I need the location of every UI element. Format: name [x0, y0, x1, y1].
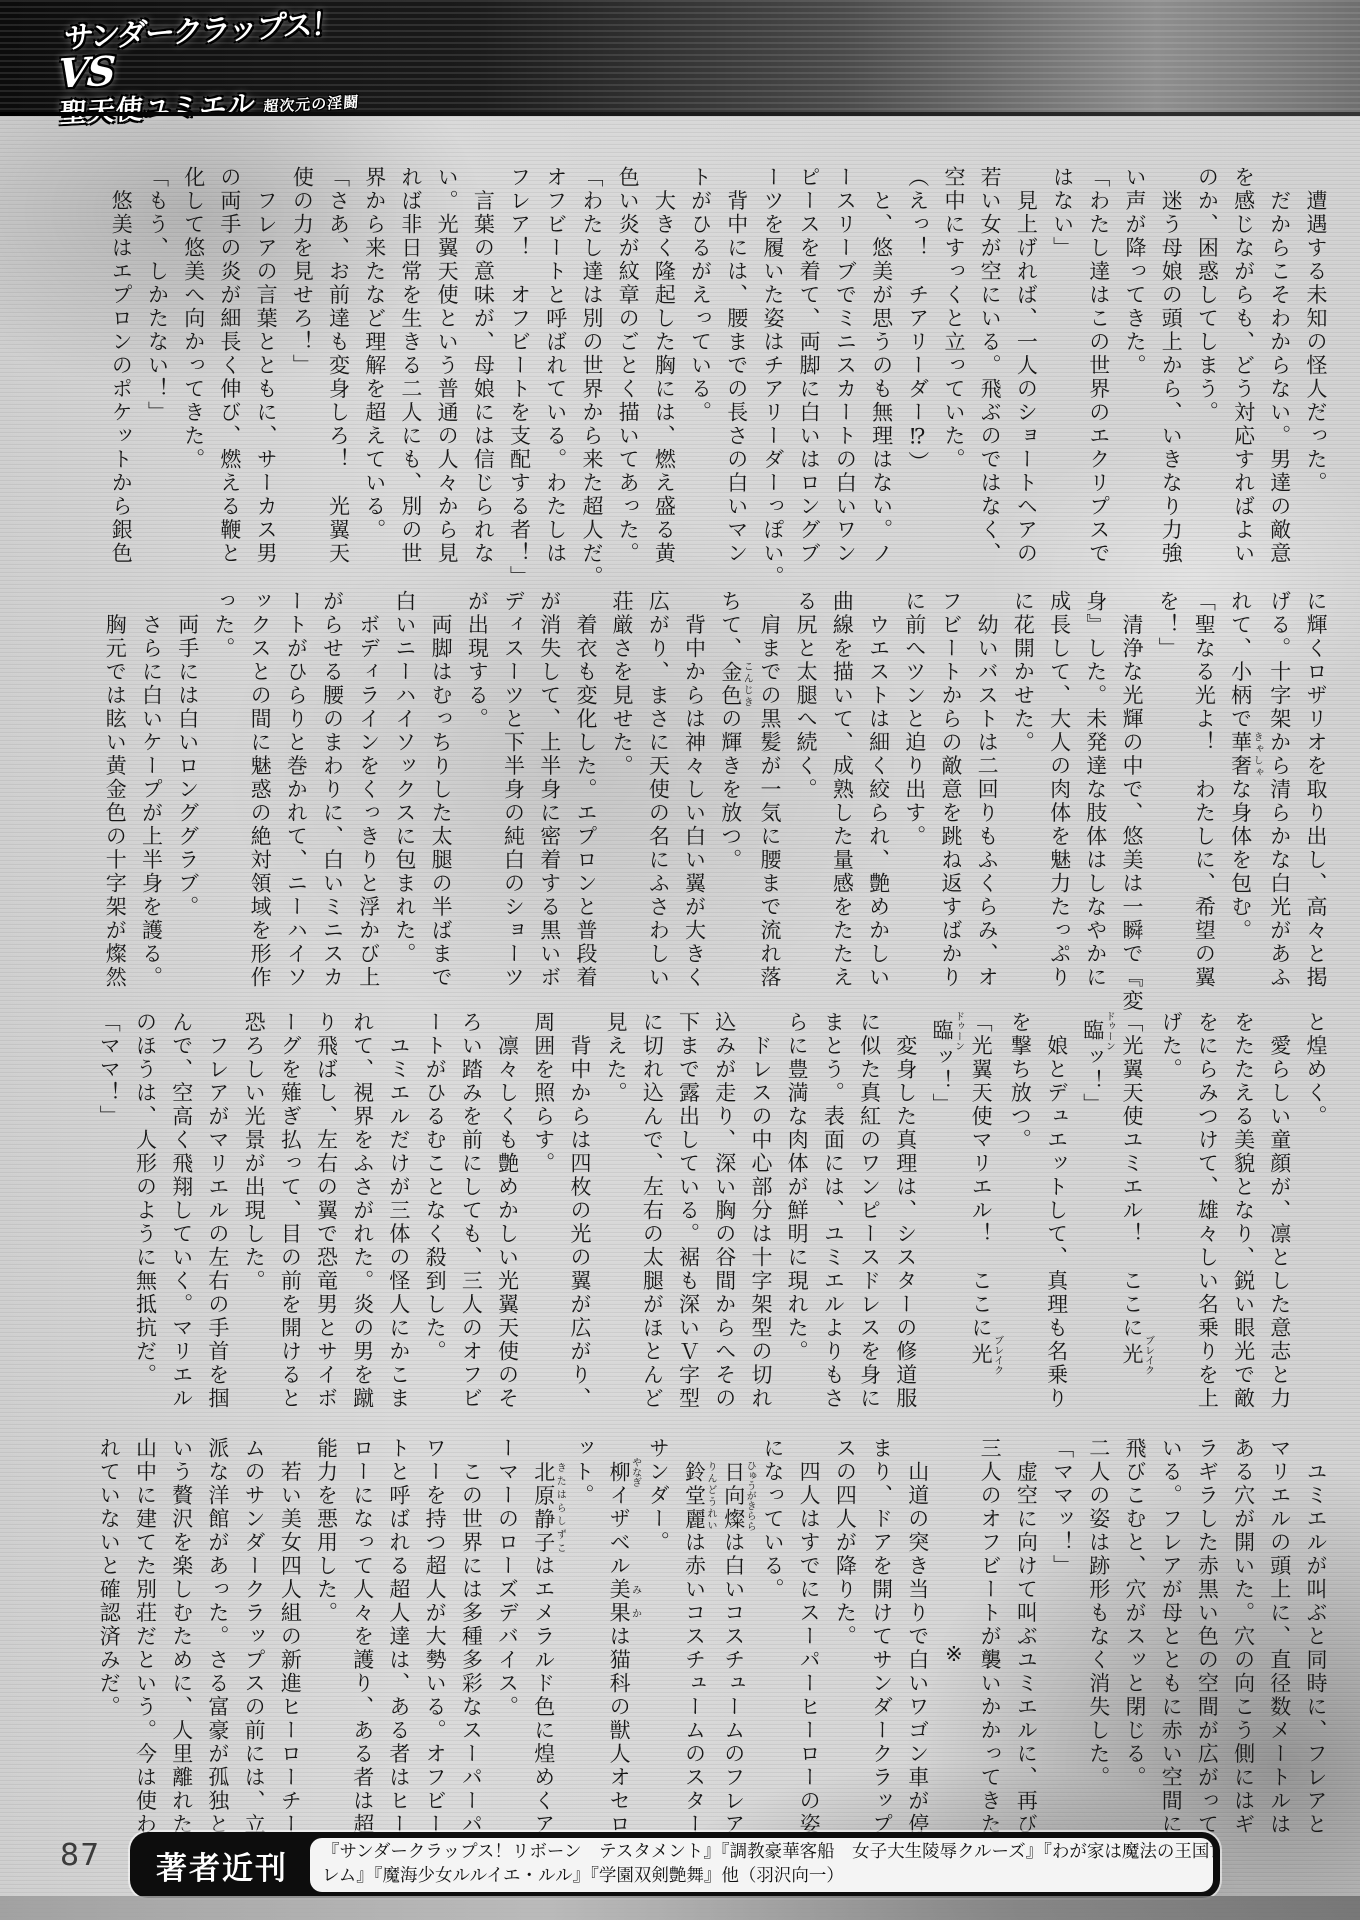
text-column: 化して悠美へ向かってきた。 [176, 166, 212, 602]
text-column: 悠美はエプロンのポケットから銀色 [103, 166, 139, 602]
text-band-2: に輝くロザリオを取り出し、高々と掲げる。十字架から清らかな白光があふれて、小柄で… [28, 590, 1334, 1026]
text-column: 若い美女四人組の新進ヒーローチー [272, 1437, 308, 1873]
text-column: 「光翼天使マリエル！ ここに光ブレイク [963, 1011, 1002, 1447]
text-column: 着衣も変化した。エプロンと普段着 [568, 590, 604, 1026]
text-column: 背中には、腰までの長さの白いマン [719, 166, 755, 602]
text-column: んで、空高く飛翔していく。マリエル [164, 1011, 200, 1447]
text-column: らに豊満な肉体が鮮明に現れた。 [779, 1011, 815, 1447]
series-title-line1: サンダークラップス！VS [61, 7, 384, 94]
text-column: のほうは、人形のように無抵抗だ。 [127, 1011, 163, 1447]
text-column: ウエストは細く絞られ、艶めかしい [860, 590, 896, 1026]
text-column: 白いニーハイソックスに包まれた。 [387, 590, 423, 1026]
text-column: 幼いバストは二回りもふくらみ、オ [969, 590, 1005, 1026]
text-column: 使の力を見せろ！」 [284, 166, 320, 602]
text-column: れて、視界をふさがれた。炎の男を蹴 [345, 1011, 381, 1447]
series-logo: サンダークラップス！VS 聖天使ユミエル超次元の淫闘 [60, 7, 384, 112]
text-column: ースリーブでミニスカートの白いワン [827, 166, 863, 602]
text-column: さらに白いケープが上半身を護る。 [133, 590, 169, 1026]
text-column: 見上げれば、一人のショートヘアの [1008, 166, 1044, 602]
text-column: 日向燦ひゅうがきららは白いコスチュームのフレア。 [716, 1437, 755, 1873]
text-column: まとう。表面には、ユミエルよりもさ [815, 1011, 851, 1447]
text-column: 若い女が空にいる。飛ぶのではなく、 [972, 166, 1008, 602]
text-column: 広がり、まさに天使の名にふさわしい [640, 590, 676, 1026]
text-column: ーグを薙ぎ払って、目の前を開けると [272, 1011, 308, 1447]
text-column: ドレスの中心部分は十字架型の切れ [743, 1011, 779, 1447]
text-column: げた。 [1153, 1011, 1189, 1447]
text-column: フレアの言葉とともに、サーカス男 [248, 166, 284, 602]
text-column: 「光翼天使ユミエル！ ここに光ブレイク [1114, 1011, 1153, 1447]
text-column: ディスーツと下半身の純白のショーツ [495, 590, 531, 1026]
text-column: ムのサンダークラップスの前には、立 [236, 1437, 272, 1873]
text-column: に前へツンと迫り出す。 [897, 590, 933, 1026]
text-column: の両手の炎が細長く伸び、燃える鞭と [212, 166, 248, 602]
books-line-1: 『サンダークラップス！リボーン テスタメント』『調教豪華客船 女子大生陵辱クルー… [322, 1841, 1213, 1865]
text-column: だからこそわからない。男達の敵意 [1262, 166, 1298, 602]
text-column: ーマーのローズデバイス。 [489, 1437, 525, 1873]
text-column: マリエルの頭上に、直径数メートルは [1262, 1437, 1298, 1873]
author-books-label: 著者近刊 [130, 1843, 310, 1888]
text-column: ピースを着て、両脚に白いはロングブ [791, 166, 827, 602]
text-column: を！」 [1150, 590, 1186, 1026]
text-column: 臨ドゥーンッ！」 [1075, 1011, 1114, 1447]
text-band-3: と煌めく。 愛らしい童顔が、凛とした意志と力をたたえる美貌となり、鋭い眼光で敵を… [28, 1011, 1334, 1447]
text-column: 界から来たなど理解を超えている。 [357, 166, 393, 602]
text-column: フレア！ オフビートを支配する者！」 [501, 166, 537, 602]
text-column: 迷う母娘の頭上から、いきなり力強 [1153, 166, 1189, 602]
text-column: が消失して、上半身に密着する黒いボ [532, 590, 568, 1026]
page-header-band: サンダークラップス！VS 聖天使ユミエル超次元の淫闘 [0, 0, 1360, 116]
text-column: いる。フレアが母とともに赤い空間に [1153, 1437, 1189, 1873]
text-column: 周囲を照らす。 [526, 1011, 562, 1447]
text-column: 曲線を描いて、成熟した量感をたたえ [824, 590, 860, 1026]
text-column: ちて、金色こんじきの輝きを放つ。 [713, 590, 752, 1026]
text-column: 派な洋館があった。さる富豪が孤独と [200, 1437, 236, 1873]
text-column: ックスとの間に魅惑の絶対領域を形作 [242, 590, 278, 1026]
text-column: 両手には白いロンググラブ。 [170, 590, 206, 1026]
text-column: ※ [936, 1437, 972, 1873]
text-column: 背中からは四枚の光の翼が広がり、 [562, 1011, 598, 1447]
text-column: に似た真紅のワンピースドレスを身に [851, 1011, 887, 1447]
text-column: 恐ろしい光景が出現した。 [236, 1011, 272, 1447]
text-column: ートがひるむことなく殺到した。 [417, 1011, 453, 1447]
text-column: れば非日常を生きる二人にも、別の世 [393, 166, 429, 602]
text-column: 山中に建てた別荘だという。今は使わ [127, 1437, 163, 1873]
text-column: 背中からは神々しい白い翼が大きく [676, 590, 712, 1026]
text-column: に花開かせた。 [1005, 590, 1041, 1026]
text-column: 胸元では眩い黄金色の十字架が燦然 [97, 590, 133, 1026]
text-band-1: 遭遇する未知の怪人だった。 だからこそわからない。男達の敵意を感じながらも、どう… [28, 166, 1334, 602]
text-column: はない」 [1044, 166, 1080, 602]
vs-mark: VS [57, 52, 115, 95]
text-column: 四人はすでにスーパーヒーローの姿 [791, 1437, 827, 1873]
text-column: 下まで露出している。裾も深いＶ字型 [670, 1011, 706, 1447]
text-column: ローになって人々を護り、ある者は超 [345, 1437, 381, 1873]
text-column: をたたえる美貌となり、鋭い眼光で敵 [1225, 1011, 1261, 1447]
text-column: に切れ込んで、左右の太腿がほとんど [634, 1011, 670, 1447]
text-column: 言葉の意味が、母娘には信じられな [465, 166, 501, 602]
text-column: 臨ドゥーンッ！」 [924, 1011, 963, 1447]
text-column: ユミエルが叫ぶと同時に、フレアと [1298, 1437, 1334, 1873]
text-column: 鈴堂麗りんどうれいは赤いコスチュームのスター [676, 1437, 715, 1873]
text-column: ット。 [565, 1437, 601, 1873]
author-books-inner: 『サンダークラップス！リボーン テスタメント』『調教豪華客船 女子大生陵辱クルー… [310, 1838, 1213, 1892]
text-column: 見えた。 [598, 1011, 634, 1447]
text-column: 両脚はむっちりした太腿の半ばまで [423, 590, 459, 1026]
text-column: （えっ！ チアリーダー⁉） [900, 166, 936, 602]
text-column: をにらみつけて、雄々しい名乗りを上 [1189, 1011, 1225, 1447]
text-column: オフビートと呼ばれている。わたしは [538, 166, 574, 602]
text-column: ユミエルだけが三体の怪人にかこま [381, 1011, 417, 1447]
text-column: 清浄な光輝の中で、悠美は一瞬で『変 [1114, 590, 1150, 1026]
text-column: 変身した真理は、シスターの修道服 [888, 1011, 924, 1447]
text-column: になっている。 [755, 1437, 791, 1873]
text-column: サンダー。 [640, 1437, 676, 1873]
bottom-photo-strip [0, 1896, 1360, 1920]
text-column: フビートからの敵意を跳ね返すばかり [933, 590, 969, 1026]
text-column: 柳やなぎイザベル美果みかは猫科の獣人オセロ [601, 1437, 640, 1873]
text-column: ワーを持つ超人が大勢いる。オフビー [417, 1437, 453, 1873]
novel-page: サンダークラップス！VS 聖天使ユミエル超次元の淫闘 遭遇する未知の怪人だった。… [0, 0, 1360, 1920]
books-line-2: レム』『魔海少女ルルイエ・ルル』『学園双剣艶舞』他（羽沢向一） [322, 1865, 1213, 1889]
text-column: 肩までの黒髪が一気に腰まで流れ落 [752, 590, 788, 1026]
text-column: のか、困惑してしまう。 [1189, 166, 1225, 602]
text-column: ボディラインをくっきりと浮かび上 [351, 590, 387, 1026]
text-column: 山道の突き当りで白いワゴン車が停 [900, 1437, 936, 1873]
text-column: と、悠美が思うのも無理はない。ノ [863, 166, 899, 602]
text-column: ーツを履いた姿はチアリーダーっぽい。 [755, 166, 791, 602]
author-books-bar: 著者近刊 『サンダークラップス！リボーン テスタメント』『調教豪華客船 女子大生… [130, 1832, 1220, 1898]
text-column: ートがひらりと巻かれて、ニーハイソ [278, 590, 314, 1026]
text-column: 「もう、しかたない！」 [139, 166, 175, 602]
text-column: トがひるがえっている。 [682, 166, 718, 602]
text-column: 大きく隆起した胸には、燃え盛る黄 [646, 166, 682, 602]
text-column: がらせる腰のまわりに、白いミニスカ [314, 590, 350, 1026]
text-column: を感じながらも、どう対応すればよい [1225, 166, 1261, 602]
text-column: 二人の姿は跡形もなく消失した。 [1081, 1437, 1117, 1873]
text-column: いう贅沢を楽しむために、人里離れた [164, 1437, 200, 1873]
text-column: 飛びこむと、穴がスッと閉じる。 [1117, 1437, 1153, 1873]
text-column: ろい踏みを前にしても、三人のオフビ [453, 1011, 489, 1447]
text-column: まり、ドアを開けてサンダークラップ [863, 1437, 899, 1873]
text-column: 色い炎が紋章のごとく描いてあった。 [610, 166, 646, 602]
series-subtitle: 超次元の淫闘 [263, 95, 360, 115]
text-column: 凛々しくも艶めかしい光翼天使のそ [489, 1011, 525, 1447]
text-column: が出現する。 [459, 590, 495, 1026]
text-column: 能力を悪用した。 [308, 1437, 344, 1873]
text-column: る尻と太腿へ続く。 [788, 590, 824, 1026]
text-column: 成長して、大人の肉体を魅力たっぷり [1041, 590, 1077, 1026]
text-column: スの四人が降りた。 [827, 1437, 863, 1873]
text-column: ラギラした赤黒い色の空間が広がって [1189, 1437, 1225, 1873]
text-column: 「ママッ！」 [1044, 1437, 1080, 1873]
text-column: 愛らしい童顔が、凛とした意志と力 [1262, 1011, 1298, 1447]
text-column: 虚空に向けて叫ぶユミエルに、再び [1008, 1437, 1044, 1873]
text-column: 空中にすっくと立っていた。 [936, 166, 972, 602]
text-column: 身』した。未発達な肢体はしなやかに [1078, 590, 1114, 1026]
text-column: この世界には多種多彩なスーパーパ [453, 1437, 489, 1873]
text-column: 「わたし達はこの世界のエクリプスで [1081, 166, 1117, 602]
text-column: 「ママ！」 [91, 1011, 127, 1447]
text-column: 三人のオフビートが襲いかかってきた。 [972, 1437, 1008, 1873]
text-column: 「さあ、お前達も変身しろ！ 光翼天 [320, 166, 356, 602]
text-column: 遭遇する未知の怪人だった。 [1298, 166, 1334, 602]
text-column: れて、小柄で華奢きゃしゃな身体を包む。 [1222, 590, 1261, 1026]
text-column: 込みが走り、深い胸の谷間からへその [707, 1011, 743, 1447]
text-band-4: ユミエルが叫ぶと同時に、フレアとマリエルの頭上に、直径数メートルはある穴が開いた… [28, 1437, 1334, 1873]
page-number: 87 [60, 1838, 100, 1873]
author-books-titles: 『サンダークラップス！リボーン テスタメント』『調教豪華客船 女子大生陵辱クルー… [310, 1841, 1213, 1888]
text-column: 荘厳さを見せた。 [604, 590, 640, 1026]
text-column: フレアがマリエルの左右の手首を掴 [200, 1011, 236, 1447]
text-column: と煌めく。 [1298, 1011, 1334, 1447]
text-column: り飛ばし、左右の翼で恐竜男とサイボ [308, 1011, 344, 1447]
text-column: 「わたし達は別の世界から来た超人だ。 [574, 166, 610, 602]
text-column: った。 [206, 590, 242, 1026]
text-column: を撃ち放つ。 [1002, 1011, 1038, 1447]
text-column: れていないと確認済みだ。 [91, 1437, 127, 1873]
text-column: ある穴が開いた。穴の向こう側にはギ [1225, 1437, 1261, 1873]
text-column: い声が降ってきた。 [1117, 166, 1153, 602]
text-column: トと呼ばれる超人達は、ある者はヒー [381, 1437, 417, 1873]
text-column: 北原静子きたはらしずこはエメラルド色に煌めくア [526, 1437, 565, 1873]
text-column: げる。十字架から清らかな白光があふ [1262, 590, 1298, 1026]
text-column: 娘とデュエットして、真理も名乗り [1038, 1011, 1074, 1447]
text-column: に輝くロザリオを取り出し、高々と掲 [1298, 590, 1334, 1026]
text-column: 「聖なる光よ！ わたしに、希望の翼 [1186, 590, 1222, 1026]
text-column: い。光翼天使という普通の人々から見 [429, 166, 465, 602]
